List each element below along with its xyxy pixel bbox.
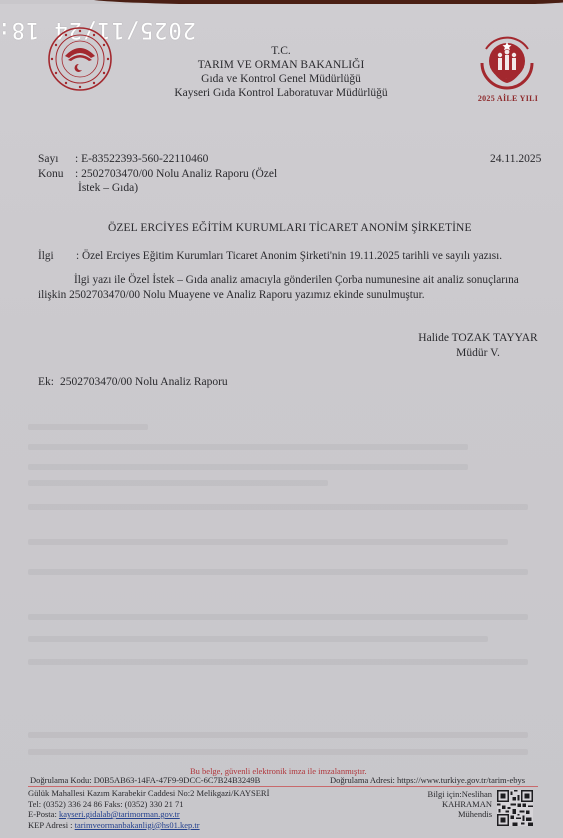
attachment-row: Ek:2502703470/00 Nolu Analiz Raporu xyxy=(38,376,228,388)
konu-value: : 2502703470/00 Nolu Analiz Raporu (Özel xyxy=(75,168,277,180)
info-line-2: KAHRAMAN xyxy=(420,799,492,809)
letterhead-lab: Kayseri Gıda Kontrol Laboratuvar Müdürlü… xyxy=(150,86,412,100)
reference-number-row: Sayı: E-83522393-560-22110460 xyxy=(38,152,208,166)
reference-row: İlgi: Özel Erciyes Eğitim Kurumları Tica… xyxy=(38,250,502,262)
ministry-seal-icon xyxy=(47,26,113,92)
family-year-emblem-icon xyxy=(476,33,538,93)
letter-body: İlgi yazı ile Özel İstek – Gıda analiz a… xyxy=(38,273,548,303)
letterhead: T.C. TARIM VE ORMAN BAKANLIĞI Gıda ve Ko… xyxy=(150,44,412,100)
bleed-through-text xyxy=(28,424,148,430)
letterhead-country: T.C. xyxy=(150,44,412,58)
konu-label: Konu xyxy=(38,167,75,181)
verification-code: Doğrulama Kodu: D0B5AB63-14FA-47F9-9DCC-… xyxy=(30,775,260,785)
email-row: E-Posta: kayseri.gidalab@tarimorman.gov.… xyxy=(28,809,269,820)
bleed-through-text xyxy=(28,732,528,738)
bleed-through-text xyxy=(28,504,528,510)
qr-code-icon xyxy=(497,790,533,826)
signatory-title: Müdür V. xyxy=(413,346,543,361)
contact-person: Bilgi için:Neslihan KAHRAMAN Mühendis xyxy=(420,789,492,819)
ilgi-value: : Özel Erciyes Eğitim Kurumları Ticaret … xyxy=(76,250,502,262)
postal-address: Gülük Mahallesi Kazım Karabekir Caddesi … xyxy=(28,788,269,799)
contact-info: Gülük Mahallesi Kazım Karabekir Caddesi … xyxy=(28,788,269,830)
bleed-through-text xyxy=(28,464,468,470)
info-line-1: Bilgi için:Neslihan xyxy=(420,789,492,799)
email-label: E-Posta: xyxy=(28,809,57,819)
attachment-label: Ek: xyxy=(38,376,54,388)
verification-address: Doğrulama Adresi: https://www.turkiye.go… xyxy=(330,775,525,785)
bleed-through-text xyxy=(28,636,488,642)
bleed-through-text xyxy=(28,444,468,450)
kep-row: KEP Adresi : tarimveormanbakanligi@hs01.… xyxy=(28,820,269,831)
bleed-through-text xyxy=(28,480,328,486)
bleed-through-text xyxy=(28,749,528,755)
footer-divider xyxy=(28,786,538,787)
sayi-value: : E-83522393-560-22110460 xyxy=(75,153,208,165)
bleed-through-text xyxy=(28,614,528,620)
phone-fax: Tel: (0352) 336 24 86 Faks: (0352) 330 2… xyxy=(28,799,269,810)
kep-link[interactable]: tarimveormanbakanligi@hs01.kep.tr xyxy=(75,820,200,830)
letterhead-ministry: TARIM VE ORMAN BAKANLIĞI xyxy=(150,58,412,72)
kep-label: KEP Adresi : xyxy=(28,820,73,830)
konu-value-continued: İstek – Gıda) xyxy=(75,182,138,194)
ilgi-label: İlgi xyxy=(38,250,76,262)
signatory-name: Halide TOZAK TAYYAR xyxy=(413,331,543,346)
info-line-3: Mühendis xyxy=(420,809,492,819)
document-date: 24.11.2025 xyxy=(490,153,541,165)
bleed-through-text xyxy=(28,539,508,545)
sayi-label: Sayı xyxy=(38,152,75,166)
bleed-through-text xyxy=(28,569,528,575)
family-year-caption: 2025 AİLE YILI xyxy=(472,94,544,103)
recipient: ÖZEL ERCİYES EĞİTİM KURUMLARI TİCARET AN… xyxy=(108,222,472,234)
bleed-through-text xyxy=(28,659,528,665)
letterhead-directorate: Gıda ve Kontrol Genel Müdürlüğü xyxy=(150,72,412,86)
signature-block: Halide TOZAK TAYYAR Müdür V. xyxy=(413,331,543,361)
email-link[interactable]: kayseri.gidalab@tarimorman.gov.tr xyxy=(59,809,180,819)
attachment-value: 2502703470/00 Nolu Analiz Raporu xyxy=(60,376,228,388)
subject-row: Konu: 2502703470/00 Nolu Analiz Raporu (… xyxy=(38,167,277,195)
document-page xyxy=(0,4,563,838)
